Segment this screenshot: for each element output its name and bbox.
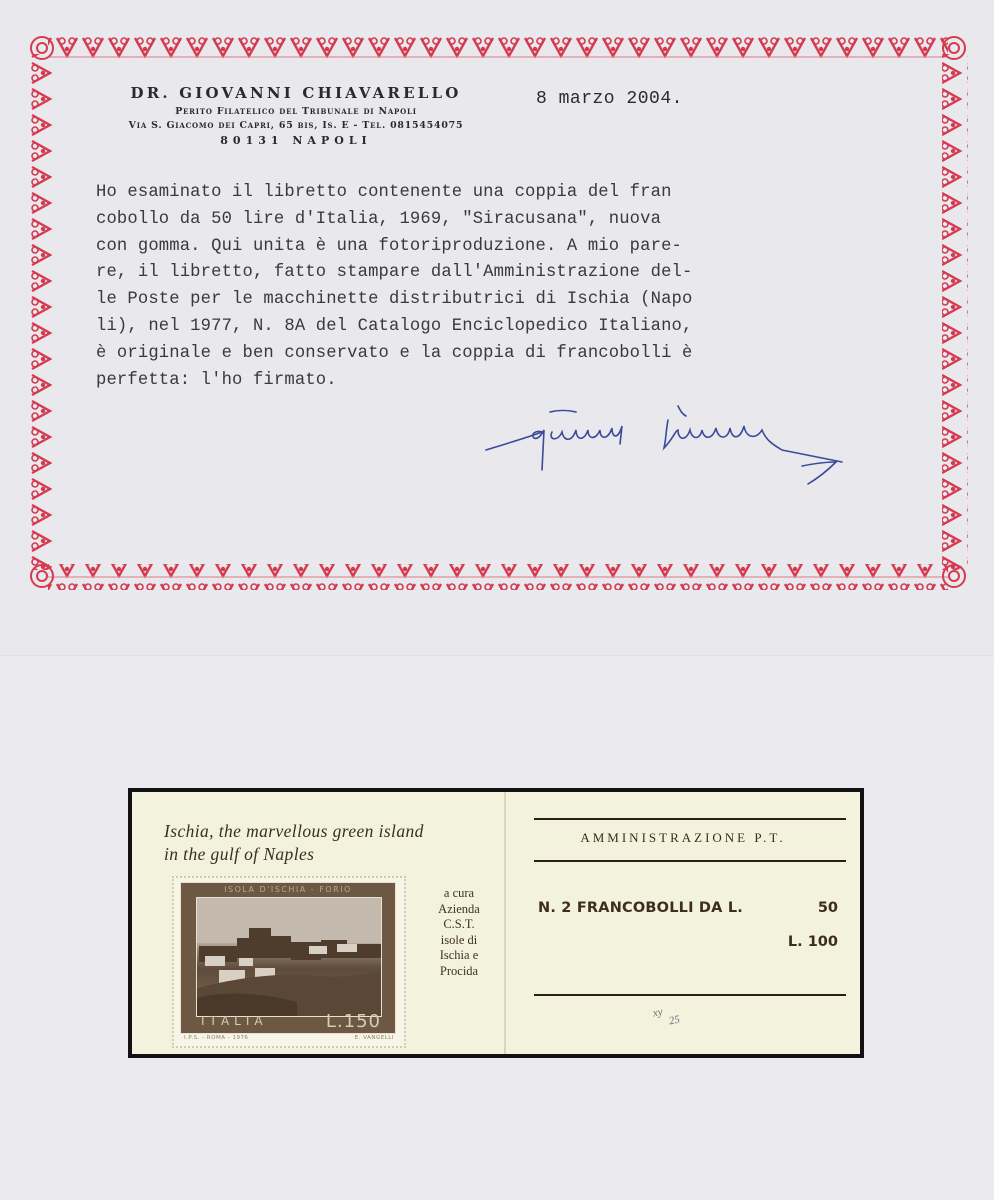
- stamp-booklet: Ischia, the marvellous green island in t…: [128, 788, 864, 1058]
- stamp-top-text: ISOLA D'ISCHIA - FORIO: [181, 885, 395, 894]
- stamp-value: L.150: [326, 1014, 381, 1030]
- certificate-date: 8 marzo 2004.: [536, 89, 683, 109]
- credit-line: Procida: [414, 964, 504, 980]
- booklet-back-cover: AMMINISTRAZIONE P.T. N. 2 FRANCOBOLLI DA…: [506, 792, 860, 1054]
- body-line: cobollo da 50 lire d'Italia, 1969, "Sira…: [96, 207, 936, 234]
- imprint-printer: I.P.S. - ROMA - 1976: [184, 1035, 248, 1041]
- body-line: con gomma. Qui unita è una fotoriproduzi…: [96, 234, 936, 261]
- body-line: è originale e ben conservato e la coppia…: [96, 341, 936, 368]
- rule-top: [534, 818, 846, 820]
- credit-line: Azienda: [414, 902, 504, 918]
- rule-bottom: [534, 994, 846, 996]
- credit-line: a cura: [414, 886, 504, 902]
- stamp-denomination: ITALIA L.150: [201, 1014, 381, 1030]
- pencil-annotation: xy 25: [652, 1004, 681, 1031]
- body-line: Ho esaminato il libretto contenente una …: [96, 180, 936, 207]
- publisher-credit: a cura Azienda C.S.T. isole di Ischia e …: [414, 886, 504, 979]
- tagline-line: in the gulf of Naples: [164, 843, 424, 866]
- expert-address: Via S. Giacomo dei Capri, 65 bis, Is. E …: [86, 120, 506, 131]
- body-line: perfetta: l'ho firmato.: [96, 368, 936, 395]
- rule-middle: [534, 860, 846, 862]
- expert-name: DR. GIOVANNI CHIAVARELLO: [86, 84, 506, 102]
- credit-line: C.S.T.: [414, 917, 504, 933]
- credit-line: isole di: [414, 933, 504, 949]
- ischia-tagline: Ischia, the marvellous green island in t…: [164, 820, 424, 866]
- handwritten-signature: [472, 400, 862, 495]
- forio-stamp: ISOLA D'ISCHIA - FORIO: [172, 876, 406, 1048]
- credit-line: Ischia e: [414, 948, 504, 964]
- total-price: L. 100: [788, 934, 838, 950]
- body-line: le Poste per le macchinette distributric…: [96, 287, 936, 314]
- forio-landscape-image: [196, 897, 382, 1017]
- contents-label: N. 2 FRANCOBOLLI DA L.: [538, 900, 743, 916]
- booklet-front-cover: Ischia, the marvellous green island in t…: [132, 792, 504, 1054]
- stamp-frame: ISOLA D'ISCHIA - FORIO: [180, 882, 396, 1034]
- expert-title: Perito Filatelico del Tribunale di Napol…: [86, 106, 506, 117]
- expert-city: 80131 NAPOLI: [86, 134, 506, 147]
- body-line: li), nel 1977, N. 8A del Catalogo Encicl…: [96, 314, 936, 341]
- imprint-designer: E. VANGELLI: [355, 1035, 394, 1041]
- certificate-body: Ho esaminato il libretto contenente una …: [96, 180, 936, 394]
- issuer-label: AMMINISTRAZIONE P.T.: [506, 830, 860, 846]
- unit-value: 50: [818, 900, 838, 916]
- stamp-country: ITALIA: [201, 1014, 268, 1030]
- body-line: re, il libretto, fatto stampare dall'Amm…: [96, 260, 936, 287]
- tagline-line: Ischia, the marvellous green island: [164, 820, 424, 843]
- stamp-imprint: I.P.S. - ROMA - 1976 E. VANGELLI: [184, 1035, 394, 1041]
- letterhead: DR. GIOVANNI CHIAVARELLO Perito Filateli…: [86, 84, 506, 147]
